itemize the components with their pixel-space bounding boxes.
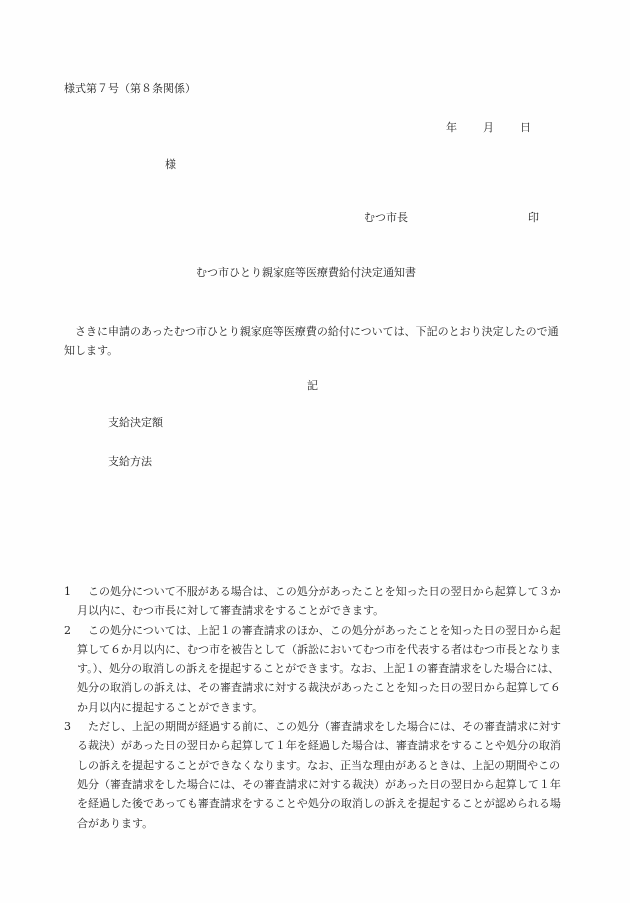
ki-heading: 記 [307, 379, 318, 393]
note-text: ただし、上記の期間が経過する前に、この処分（審査請求をした場合には、その審査請求… [77, 717, 564, 833]
recipient-suffix: 様 [165, 158, 176, 172]
note-number: 1 [64, 582, 71, 601]
date-line: 年月日 [446, 121, 531, 135]
body-text: さきに申請のあったむつ市ひとり親家庭等医療費の給付については、下記のとおり決定し… [64, 322, 564, 360]
issuer-name: むつ市長 [364, 211, 408, 225]
note-text: この処分について不服がある場合は、この処分があったことを知った日の翌日から起算し… [77, 582, 564, 621]
notes-section: 1 この処分について不服がある場合は、この処分があったことを知った日の翌日から起… [64, 582, 564, 833]
date-day-label: 日 [520, 121, 531, 135]
item-payment-amount: 支給決定額 [108, 416, 163, 430]
document-title: むつ市ひとり親家庭等医療費給付決定通知書 [196, 266, 416, 280]
note-item: 3 ただし、上記の期間が経過する前に、この処分（審査請求をした場合には、その審査… [64, 717, 564, 833]
seal-mark: 印 [528, 211, 539, 225]
note-number: 2 [64, 621, 71, 640]
date-year-label: 年 [446, 121, 483, 135]
note-text: この処分については、上記１の審査請求のほか、この処分があったことを知った日の翌日… [77, 621, 564, 717]
note-number: 3 [64, 717, 71, 736]
form-number: 様式第７号（第８条関係） [64, 82, 196, 96]
date-month-label: 月 [483, 121, 520, 135]
note-item: 2 この処分については、上記１の審査請求のほか、この処分があったことを知った日の… [64, 621, 564, 717]
item-payment-method: 支給方法 [108, 455, 152, 469]
note-item: 1 この処分について不服がある場合は、この処分があったことを知った日の翌日から起… [64, 582, 564, 621]
